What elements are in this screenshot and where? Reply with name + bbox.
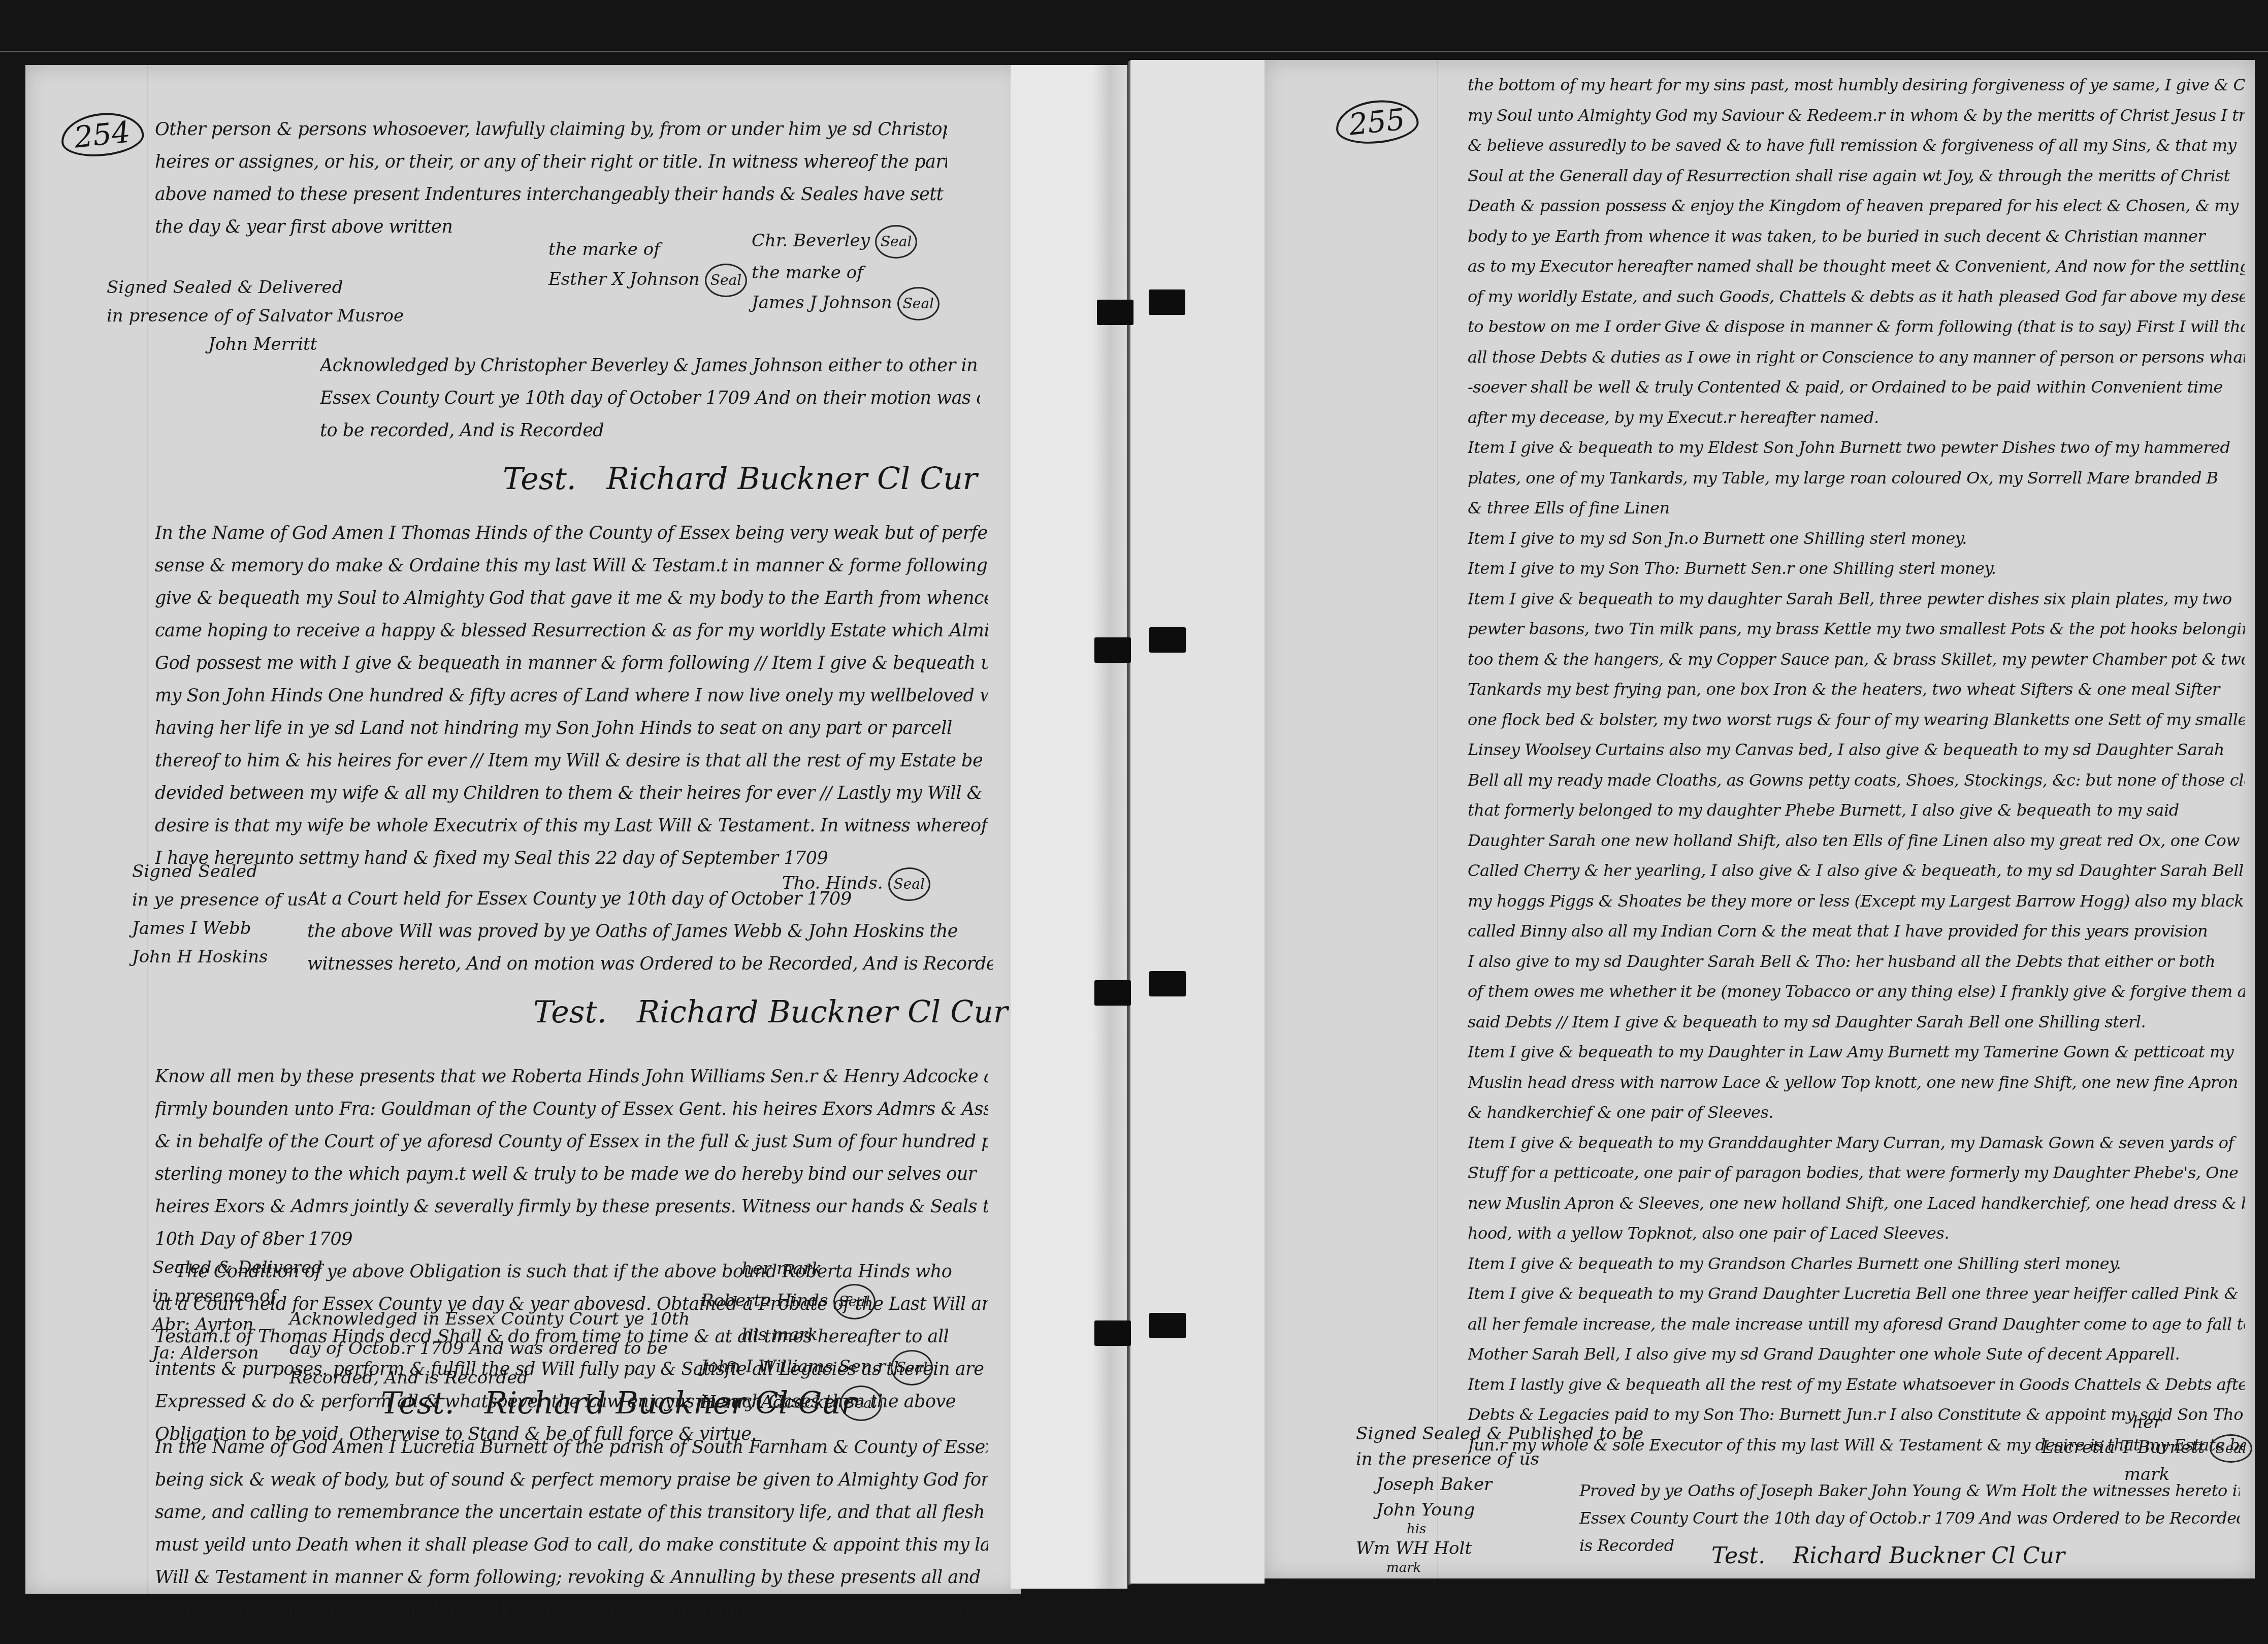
text-line: Tankards my best frying pan, one box Iro…: [1468, 674, 2245, 705]
text-line: Item I lastly give & bequeath all the re…: [1468, 1370, 2245, 1400]
clerk-attestation: Test. Richard Buckner Cl Cur: [1711, 1543, 2065, 1569]
right-page: 255 the bottom of my heart for my sins p…: [1265, 60, 2255, 1578]
text-line: too them & the hangers, & my Copper Sauc…: [1468, 644, 2245, 675]
text-line: above named to these present Indentures …: [155, 178, 947, 211]
text-line: Item I give to my Son Tho: Burnett Sen.r…: [1468, 554, 2245, 584]
binding-tab-marker: [1149, 971, 1186, 996]
clerk-signature: Richard Buckner Cl Cur: [484, 1385, 856, 1421]
witness-name: John H Hoskins: [132, 943, 307, 971]
clerk-signature: Richard Buckner Cl Cur: [1793, 1543, 2065, 1569]
binding-tab-marker: [1094, 980, 1131, 1006]
text-line: the bottom of my heart for my sins past,…: [1468, 70, 2245, 101]
folio-number: 255: [1334, 96, 1420, 148]
clerk-signature: Richard Buckner Cl Cur: [637, 994, 1008, 1030]
text-line: all those Debts & duties as I owe in rig…: [1468, 342, 2245, 373]
signatory-esther-johnson: the marke of Esther X JohnsonSeal: [548, 235, 747, 297]
witness-name: James I Webb: [132, 914, 307, 943]
text-line: In the Name of God Amen I Lucretia Burne…: [155, 1431, 988, 1464]
text-line: all her female increase, the male increa…: [1468, 1309, 2245, 1340]
text-line: every Testament & Testaments Will & Will…: [155, 1594, 988, 1626]
signatory-chr-beverley: Chr. BeverleySeal the marke of James J J…: [752, 225, 939, 320]
signatory-name: Chr. Beverley: [752, 231, 870, 251]
text-line: of them owes me whether it be (money Tob…: [1468, 977, 2245, 1007]
text-line: Know all men by these presents that we R…: [155, 1060, 988, 1093]
text-line: firmly bounden unto Fra: Gouldman of the…: [155, 1093, 988, 1125]
text-line: Linsey Woolsey Curtains also my Canvas b…: [1468, 735, 2245, 765]
text-line: Item I give & bequeath to my Granddaught…: [1468, 1128, 2245, 1158]
text-line: the above Will was proved by ye Oaths of…: [307, 915, 993, 948]
deed-end-text: Other person & persons whosoever, lawful…: [155, 113, 947, 243]
text-line: day of Octob.r 1709 And was ordered to b…: [289, 1334, 690, 1363]
witness-name: Salvator Musroe: [258, 306, 404, 326]
mark-label: his mark: [701, 1319, 933, 1350]
text-line: new Muslin Apron & Sleeves, one new holl…: [1468, 1188, 2245, 1219]
signatory-name: Esther X Johnson: [548, 269, 700, 289]
text-line: body to ye Earth from whence it was take…: [1468, 221, 2245, 252]
text-line: I also give to my sd Daughter Sarah Bell…: [1468, 947, 2245, 977]
text-line: Soul at the Generall day of Resurrection…: [1468, 161, 2245, 191]
folio-number: 254: [59, 109, 146, 160]
text-line: pewter basons, two Tin milk pans, my bra…: [1468, 614, 2245, 644]
attest-prefix: Test.: [533, 994, 607, 1030]
text-line: Acknowledged in Essex County Court ye 10…: [289, 1304, 690, 1334]
attest-prefix: Test.: [381, 1385, 455, 1421]
text-line: Other person & persons whosoever, lawful…: [155, 113, 947, 146]
text-line: heires or assignes, or his, or their, or…: [155, 146, 947, 178]
text-line: my Son John Hinds One hundred & fifty ac…: [155, 680, 988, 712]
text-line: Death & passion possess & enjoy the King…: [1468, 191, 2245, 221]
hinds-will-text: In the Name of God Amen I Thomas Hinds o…: [155, 517, 988, 875]
text-line: Essex County Court the 10th day of Octob…: [1579, 1504, 2240, 1532]
text-line: Bell all my ready made Cloaths, as Gowns…: [1468, 765, 2245, 796]
text-line: Item I give to my sd Son Jn.o Burnett on…: [1468, 524, 2245, 554]
text-line: Muslin head dress with narrow Lace & yel…: [1468, 1068, 2245, 1098]
text-line: hood, with a yellow Topknot, also one pa…: [1468, 1218, 2245, 1249]
text-line: Essex County Court ye 10th day of Octobe…: [320, 382, 980, 414]
text-line: desire is that my wife be whole Executri…: [155, 810, 988, 842]
binding-gutter-line: [1128, 61, 1130, 1585]
text-line: came hoping to receive a happy & blessed…: [155, 615, 988, 647]
text-line: said Debts // Item I give & bequeath to …: [1468, 1007, 2245, 1038]
binding-tab-marker: [1094, 1320, 1131, 1346]
text-line: give & bequeath my Soul to Almighty God …: [155, 582, 988, 615]
signatory-name: Lucretia T Burnett: [2042, 1437, 2205, 1458]
signatory-name: John I Williams Sen.r: [701, 1357, 886, 1377]
mark-label: the marke of: [752, 259, 939, 287]
hinds-probate: At a Court held for Essex County ye 10th…: [307, 883, 993, 980]
witness-heading: Signed Sealed & Published to be: [1356, 1421, 1643, 1446]
mark-label: the marke of: [548, 235, 747, 264]
clerk-attestation: Test. Richard Buckner Cl Cur: [533, 994, 1008, 1030]
left-binding-strip: [1011, 65, 1127, 1589]
text-line: & in behalfe of the Court of ye aforesd …: [155, 1125, 988, 1158]
text-line: Acknowledged by Christopher Beverley & J…: [320, 349, 980, 382]
signatory-name: James J Johnson: [752, 293, 892, 313]
mark-label: her mark: [701, 1253, 933, 1284]
text-line: At a Court held for Essex County ye 10th…: [307, 883, 993, 915]
witness-prefix: in presence of: [107, 306, 231, 326]
text-line: Item I give & bequeath to my Eldest Son …: [1468, 433, 2245, 463]
attest-prefix: Test.: [1711, 1543, 1765, 1569]
seal-icon: Seal: [705, 264, 747, 297]
mark-label: her: [2042, 1411, 2252, 1434]
text-line: Will & Testament in manner & form follow…: [155, 1561, 988, 1594]
text-line: & believe assuredly to be saved & to hav…: [1468, 131, 2245, 161]
text-line: 10th Day of 8ber 1709: [155, 1223, 988, 1255]
burnett-will-start: In the Name of God Amen I Lucretia Burne…: [155, 1431, 988, 1626]
seal-icon: Seal: [897, 287, 939, 320]
mark-label: mark: [1356, 1561, 1643, 1574]
text-line: In the Name of God Amen I Thomas Hinds o…: [155, 517, 988, 550]
text-line: one flock bed & bolster, my two worst ru…: [1468, 705, 2245, 735]
text-line: Item I give & bequeath to my daughter Sa…: [1468, 584, 2245, 615]
binding-tab-marker: [1149, 1313, 1186, 1338]
text-line: called Binny also all my Indian Corn & t…: [1468, 916, 2245, 947]
text-line: Daughter Sarah one new holland Shift, al…: [1468, 826, 2245, 856]
clerk-attestation: Test. Richard Buckner Cl Cur: [503, 461, 977, 497]
text-line: Stuff for a petticoate, one pair of para…: [1468, 1158, 2245, 1188]
deed-acknowledgment: Acknowledged by Christopher Beverley & J…: [320, 349, 980, 447]
text-line: Proved by ye Oaths of Joseph Baker John …: [1579, 1477, 2240, 1504]
text-line: heires Exors & Admrs jointly & severally…: [155, 1190, 988, 1223]
text-line: -soever shall be well & truly Contented …: [1468, 372, 2245, 403]
text-line: God possest me with I give & bequeath in…: [155, 647, 988, 680]
text-line: & handkerchief & one pair of Sleeves.: [1468, 1098, 2245, 1128]
text-line: sterling money to the which paym.t well …: [155, 1158, 988, 1190]
text-line: as to my Executor hereafter named shall …: [1468, 251, 2245, 282]
clerk-attestation: Test. Richard Buckner Cl Cur: [381, 1385, 855, 1421]
text-line: my Soul unto Almighty God my Saviour & R…: [1468, 101, 2245, 131]
seal-icon: Seal: [833, 1284, 876, 1319]
witness-heading: Signed Sealed & Delivered: [107, 273, 404, 302]
text-line: to bestow on me I order Give & dispose i…: [1468, 312, 2245, 342]
signatory-name: Roberta Hinds: [701, 1291, 828, 1311]
testator-lucretia-burnett: her Lucretia T BurnettSeal mark: [2042, 1411, 2252, 1486]
text-line: my hoggs Piggs & Shoates be they more or…: [1468, 886, 2245, 917]
witness-heading: Sealed & Delivered: [152, 1253, 322, 1282]
witness-prefix: in the presence of us: [1356, 1446, 1643, 1472]
text-line: thereof to him & his heires for ever // …: [155, 745, 988, 777]
binding-tab-marker: [1149, 627, 1186, 653]
left-page: 254 Other person & persons whosoever, la…: [25, 65, 1021, 1594]
text-line: being sick & weak of body, but of sound …: [155, 1464, 988, 1496]
seal-icon: Seal: [875, 225, 917, 259]
binding-tab-marker: [1094, 637, 1131, 663]
text-line: after my decease, by my Execut.r hereaft…: [1468, 403, 2245, 433]
binding-tab-marker: [1149, 289, 1185, 315]
clerk-signature: Richard Buckner Cl Cur: [606, 461, 978, 497]
right-binding-strip: [1130, 60, 1265, 1584]
seal-icon: Seal: [891, 1350, 933, 1385]
text-line: must yeild unto Death when it shall plea…: [155, 1529, 988, 1561]
attest-prefix: Test.: [503, 461, 576, 497]
seal-icon: Seal: [2210, 1434, 2252, 1463]
text-line: that formerly belonged to my daughter Ph…: [1468, 795, 2245, 826]
text-line: to be recorded, And is Recorded: [320, 414, 980, 447]
text-line: having her life in ye sd Land not hindri…: [155, 712, 988, 745]
binding-tab-marker: [1097, 300, 1133, 325]
text-line: Item I give & bequeath to my Grandson Ch…: [1468, 1249, 2245, 1279]
text-line: witnesses hereto, And on motion was Orde…: [307, 948, 993, 980]
text-line: same, and calling to remembrance the unc…: [155, 1496, 988, 1529]
text-line: Item I give & bequeath to my Grand Daugh…: [1468, 1279, 2245, 1309]
text-line: Mother Sarah Bell, I also give my sd Gra…: [1468, 1339, 2245, 1370]
text-line: of my worldly Estate, and such Goods, Ch…: [1468, 282, 2245, 312]
text-line: Item I give & bequeath to my Daughter in…: [1468, 1037, 2245, 1068]
scanner-edge-line: [0, 51, 2268, 52]
margin-rule: [1437, 60, 1438, 1578]
bond-acknowledgment: Acknowledged in Essex County Court ye 10…: [289, 1304, 690, 1393]
burnett-will-continuation: the bottom of my heart for my sins past,…: [1468, 70, 2245, 1460]
witness-heading: Signed Sealed: [132, 857, 307, 886]
text-line: devided between my wife & all my Childre…: [155, 777, 988, 810]
deed-witness-block: Signed Sealed & Delivered in presence of…: [107, 273, 404, 359]
text-line: plates, one of my Tankards, my Table, my…: [1468, 463, 2245, 494]
witness-prefix: in ye presence of us: [132, 886, 307, 914]
text-line: & three Ells of fine Linen: [1468, 493, 2245, 524]
hinds-witness-block: Signed Sealed in ye presence of us James…: [132, 857, 307, 971]
text-line: sense & memory do make & Ordaine this my…: [155, 550, 988, 582]
text-line: Called Cherry & her yearling, I also giv…: [1468, 856, 2245, 886]
